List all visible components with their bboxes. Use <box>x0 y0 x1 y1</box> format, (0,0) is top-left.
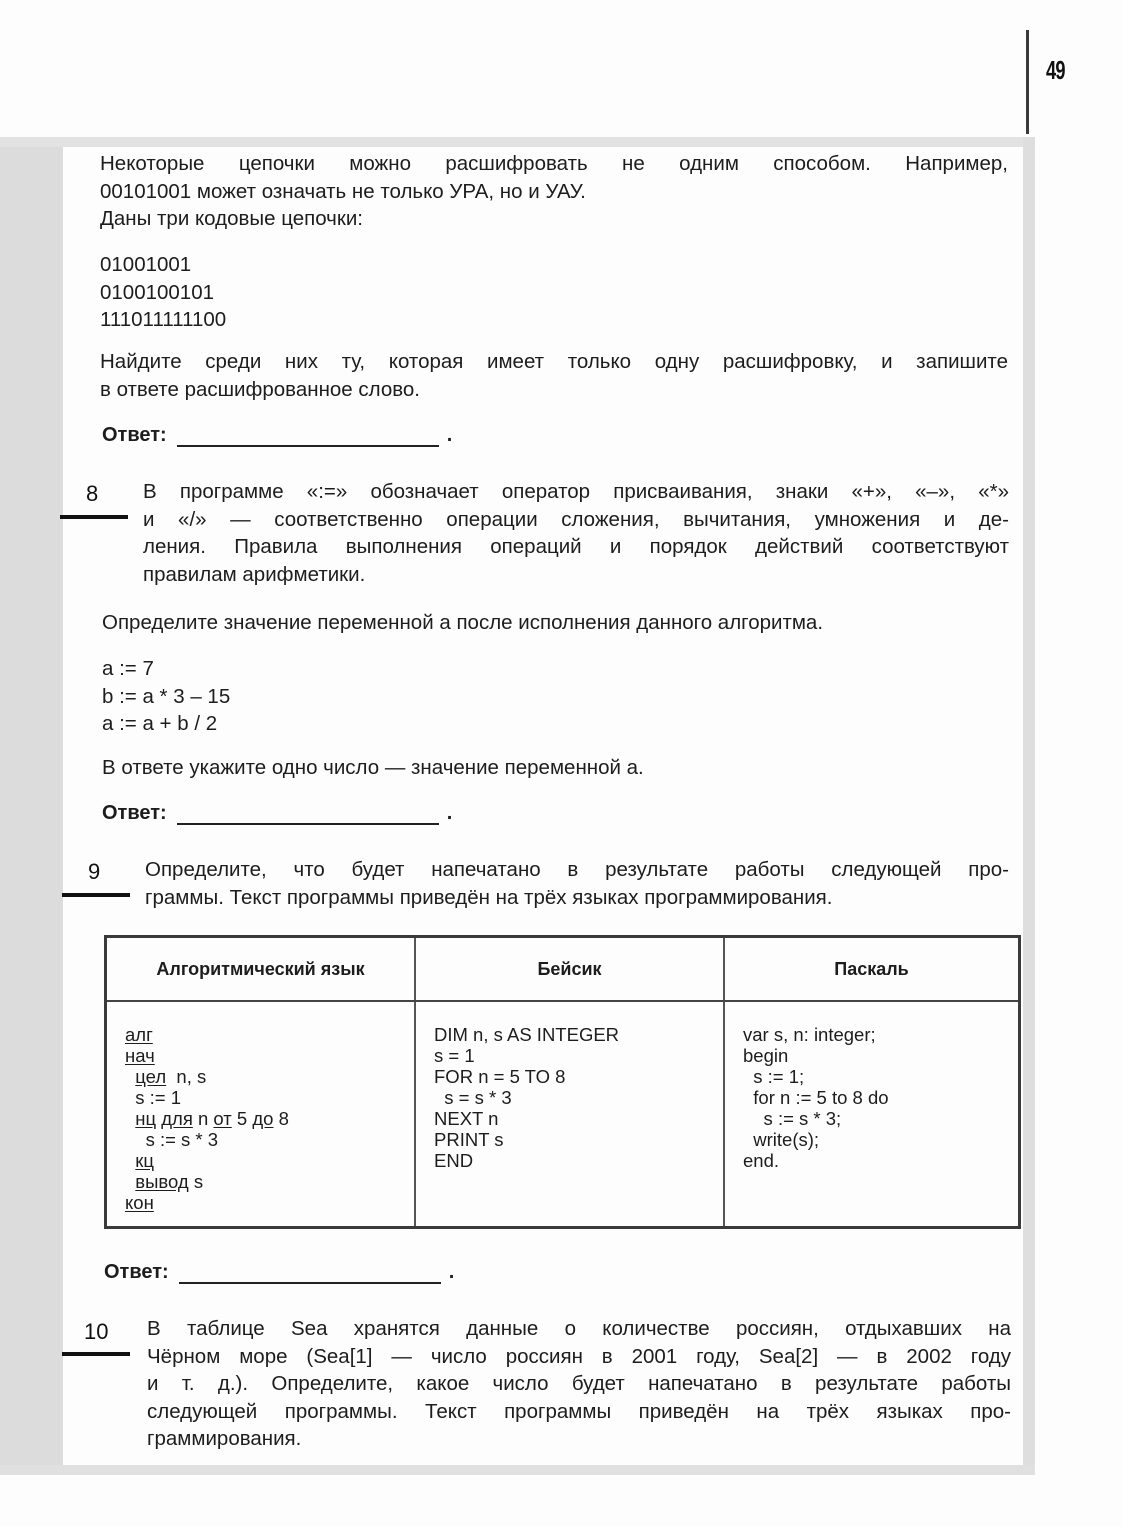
task8-instruction: В ответе укажите одно число — значение п… <box>102 754 1010 782</box>
page-frame-bottom <box>0 1465 1035 1475</box>
task8-text-line: правилам арифметики. <box>143 561 1009 589</box>
task10-text-line: следующей программы. Текст программы при… <box>147 1398 1011 1426</box>
code-line: s := s * 3 <box>125 1129 414 1150</box>
code-string: 01001001 <box>100 251 1008 279</box>
code-line: b := a * 3 – 15 <box>102 683 1010 711</box>
task-marker-bar <box>60 515 128 519</box>
page-number: 49 <box>1046 55 1065 86</box>
page-frame-top <box>0 137 1035 147</box>
program-table: Алгоритмический язык Бейсик Паскаль алгн… <box>104 935 1021 1229</box>
task7-question-line: Найдите среди них ту, которая имеет толь… <box>100 348 1008 376</box>
code-line: нач <box>125 1045 414 1066</box>
pascal-code: var s, n: integer; begin s := 1; for n :… <box>724 1001 1020 1228</box>
task9-text-line: граммы. Текст программы приведён на трёх… <box>145 884 1009 912</box>
task-number-8: 8 <box>86 481 98 507</box>
answer-label: Ответ: <box>104 1261 169 1284</box>
task9-answer: Ответ: . <box>104 1261 454 1284</box>
code-line: PRINT s <box>434 1129 723 1150</box>
task8-text-line: В программе «:=» обозначает оператор при… <box>143 478 1009 506</box>
column-header-algorithmic: Алгоритмический язык <box>106 937 416 1002</box>
header-rule <box>1026 30 1029 134</box>
code-line: begin <box>743 1045 1018 1066</box>
keyword: кон <box>125 1192 154 1213</box>
basic-code: DIM n, s AS INTEGER s = 1 FOR n = 5 TO 8… <box>415 1001 724 1228</box>
column-header-pascal: Паскаль <box>724 937 1020 1002</box>
code-line: var s, n: integer; <box>743 1024 1018 1045</box>
answer-label: Ответ: <box>102 424 167 447</box>
task7-intro-line: Некоторые цепочки можно расшифровать не … <box>100 150 1008 178</box>
code-line: алг <box>125 1024 414 1045</box>
task7-question: Найдите среди них ту, которая имеет толь… <box>100 348 1008 403</box>
keyword: кц <box>135 1150 154 1171</box>
code-line: for n := 5 to 8 do <box>743 1087 1018 1108</box>
code-string: 0100100101 <box>100 279 1008 307</box>
code-line: s = 1 <box>434 1045 723 1066</box>
task10-text-line: В таблице Sea хранятся данные о количест… <box>147 1315 1011 1343</box>
code-line: s := 1 <box>125 1087 414 1108</box>
code-token: 8 <box>273 1108 288 1129</box>
keyword: от <box>213 1108 231 1129</box>
page-margin-band <box>0 137 63 1475</box>
code-line: write(s); <box>743 1129 1018 1150</box>
task7-answer: Ответ: . <box>102 424 452 447</box>
keyword: нач <box>125 1045 155 1066</box>
task-number-9: 9 <box>88 859 100 885</box>
task7-question-line: в ответе расшифрованное слово. <box>100 376 1008 404</box>
keyword: для <box>161 1108 193 1129</box>
page-frame-right <box>1023 137 1035 1475</box>
answer-label: Ответ: <box>102 802 167 825</box>
task8-code: a := 7 b := a * 3 – 15 a := a + b / 2 <box>102 655 1010 738</box>
keyword: вывод <box>135 1171 188 1192</box>
algorithmic-code: алгнач цел n, s s := 1 нц для n от 5 до … <box>106 1001 416 1228</box>
code-line: NEXT n <box>434 1108 723 1129</box>
task8-text: В программе «:=» обозначает оператор при… <box>143 478 1009 588</box>
code-line: кц <box>125 1150 414 1171</box>
task10-text: В таблице Sea хранятся данные о количест… <box>147 1315 1011 1453</box>
task8-text-line: ления. Правила выполнения операций и пор… <box>143 533 1009 561</box>
code-token: s <box>189 1171 203 1192</box>
task7-intro-line: 00101001 может означать не только УРА, н… <box>100 178 1008 206</box>
keyword: до <box>252 1108 273 1129</box>
task7-intro: Некоторые цепочки можно расшифровать не … <box>100 150 1008 233</box>
code-token: 5 <box>232 1108 253 1129</box>
code-line: нц для n от 5 до 8 <box>125 1108 414 1129</box>
answer-field[interactable] <box>179 1264 441 1284</box>
code-line: FOR n = 5 TO 8 <box>434 1066 723 1087</box>
task9-text: Определите, что будет напечатано в резул… <box>145 856 1009 911</box>
task8-text-line: и «/» — соответственно операции сложения… <box>143 506 1009 534</box>
answer-field[interactable] <box>177 805 439 825</box>
keyword: алг <box>125 1024 153 1045</box>
code-line: s = s * 3 <box>434 1087 723 1108</box>
code-line: вывод s <box>125 1171 414 1192</box>
task7-code-strings: 01001001 0100100101 111011111100 <box>100 251 1008 334</box>
code-line: s := 1; <box>743 1066 1018 1087</box>
code-token: n, s <box>166 1066 206 1087</box>
answer-end: . <box>447 424 453 447</box>
code-line: s := s * 3; <box>743 1108 1018 1129</box>
task7-intro-line: Даны три кодовые цепочки: <box>100 205 1008 233</box>
keyword: цел <box>135 1066 166 1087</box>
task-number-10: 10 <box>84 1319 108 1345</box>
code-line: a := a + b / 2 <box>102 710 1010 738</box>
answer-field[interactable] <box>177 427 439 447</box>
code-token: s := 1 <box>135 1087 181 1108</box>
answer-end: . <box>447 802 453 825</box>
code-line: цел n, s <box>125 1066 414 1087</box>
code-line: END <box>434 1150 723 1171</box>
task8-question: Определите значение переменной a после и… <box>102 609 1010 637</box>
code-token: n <box>193 1108 214 1129</box>
task-marker-bar <box>62 1352 130 1356</box>
task10-text-line: Чёрном море (Sea[1] — число россиян в 20… <box>147 1343 1011 1371</box>
code-line: end. <box>743 1150 1018 1171</box>
task10-text-line: граммирования. <box>147 1425 1011 1453</box>
keyword: нц <box>135 1108 156 1129</box>
code-line: кон <box>125 1192 414 1213</box>
column-header-basic: Бейсик <box>415 937 724 1002</box>
answer-end: . <box>449 1261 455 1284</box>
task10-text-line: и т. д.). Определите, какое число будет … <box>147 1370 1011 1398</box>
task-marker-bar <box>62 893 130 897</box>
code-line: a := 7 <box>102 655 1010 683</box>
task8-answer: Ответ: . <box>102 802 452 825</box>
task9-text-line: Определите, что будет напечатано в резул… <box>145 856 1009 884</box>
code-token: s := s * 3 <box>146 1129 219 1150</box>
code-line: DIM n, s AS INTEGER <box>434 1024 723 1045</box>
code-string: 111011111100 <box>100 306 1008 334</box>
